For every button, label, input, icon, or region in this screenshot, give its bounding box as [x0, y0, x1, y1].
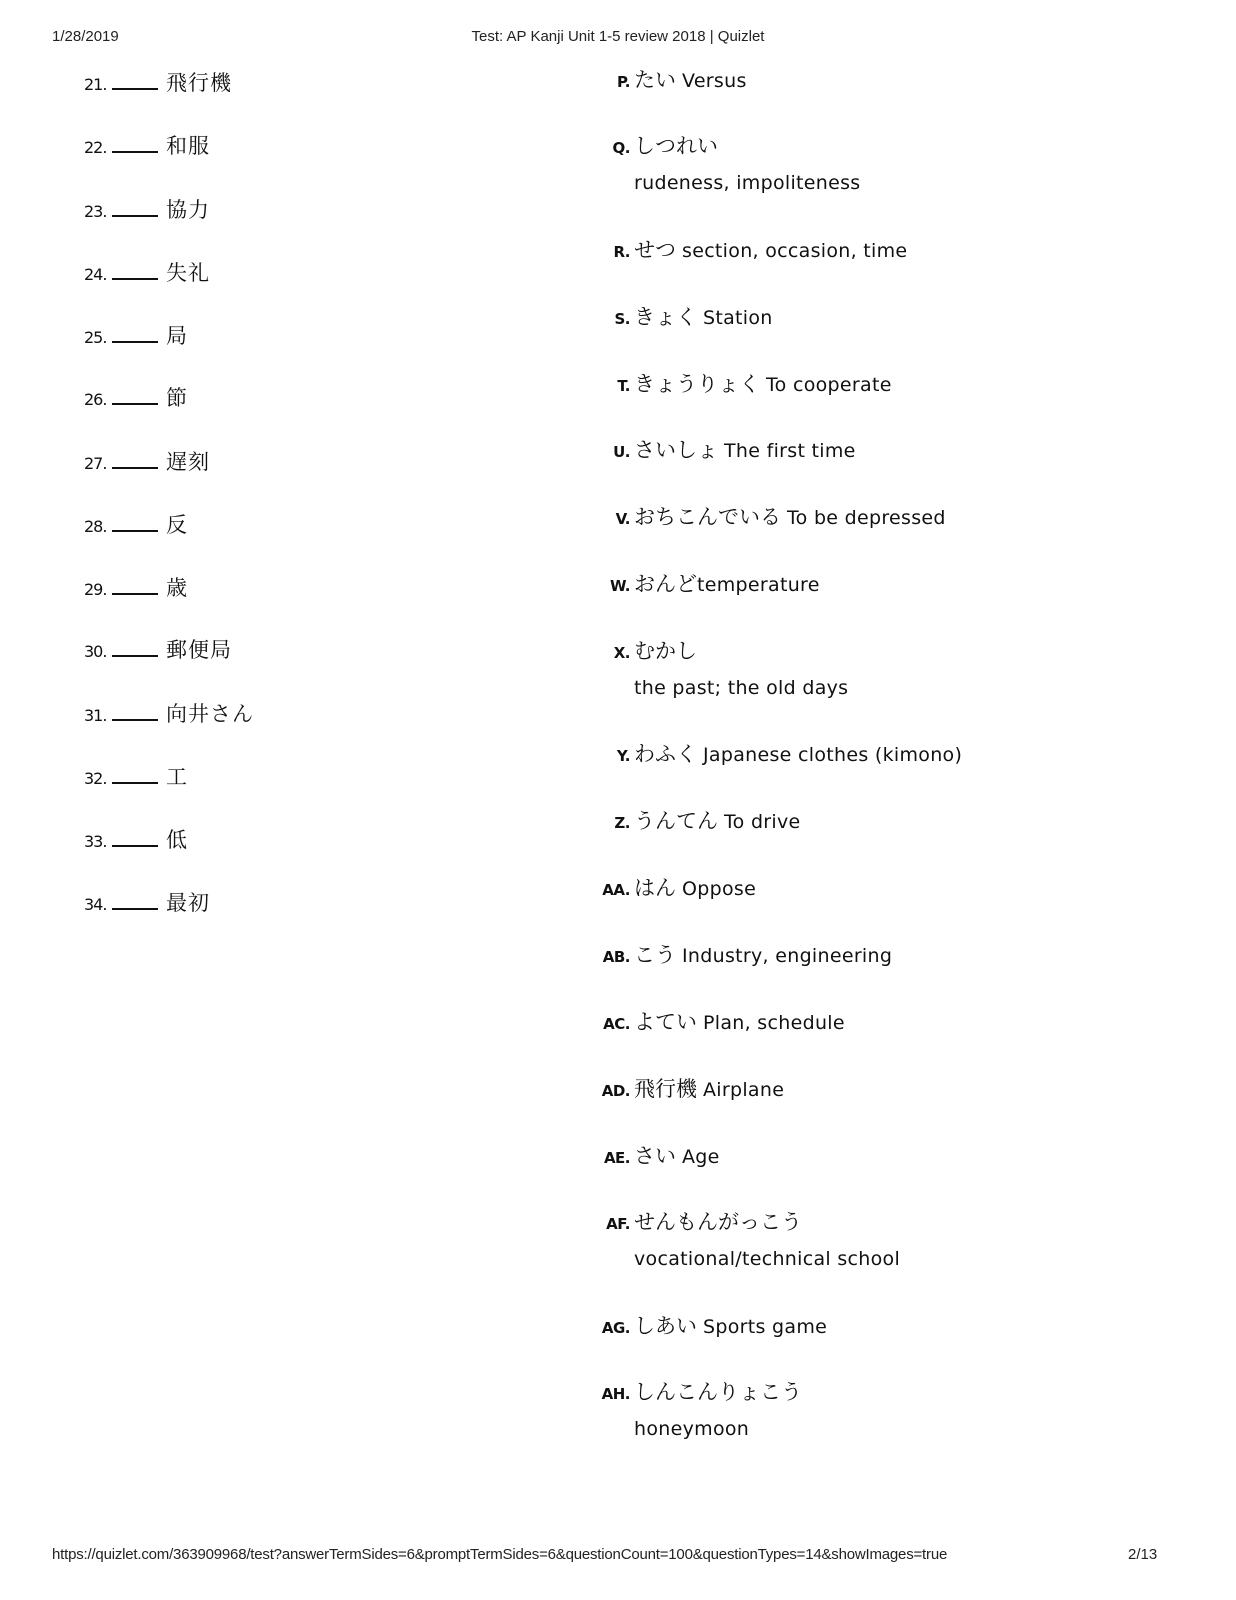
- option-letter: Q.: [600, 139, 630, 157]
- question-item: 31. 向井さん: [84, 698, 254, 728]
- option-reading: おんど: [634, 568, 697, 598]
- option-letter: AD.: [600, 1082, 630, 1100]
- option-item: Q.しつれい rudeness, impoliteness: [600, 130, 1100, 194]
- option-letter: V.: [600, 510, 630, 528]
- option-reading: きょうりょく: [634, 368, 760, 398]
- option-reading: たい: [634, 64, 676, 94]
- option-item: R.せつsection, occasion, time: [600, 234, 1100, 264]
- option-item: Z.うんてんTo drive: [600, 805, 1100, 835]
- question-term: 失礼: [166, 257, 210, 287]
- option-definition: To be depressed: [787, 507, 946, 529]
- option-reading: わふく: [634, 738, 697, 768]
- answer-blank[interactable]: [112, 768, 158, 784]
- option-reading: さいしょ: [634, 434, 718, 464]
- question-number: 27.: [84, 454, 110, 473]
- option-definition: To drive: [724, 811, 801, 833]
- answer-blank[interactable]: [112, 137, 158, 153]
- question-number: 22.: [84, 138, 110, 157]
- question-item: 26. 節: [84, 382, 188, 412]
- option-item: AH.しんこんりょこう honeymoon: [600, 1376, 1100, 1440]
- question-item: 28. 反: [84, 509, 188, 539]
- option-reading: はん: [634, 872, 676, 902]
- question-number: 28.: [84, 517, 110, 536]
- question-term: 最初: [166, 887, 210, 917]
- option-definition: the past; the old days: [634, 677, 1100, 699]
- option-item: P.たいVersus: [600, 64, 1100, 94]
- option-letter: AH.: [600, 1385, 630, 1403]
- option-reading: しつれい: [634, 130, 718, 160]
- question-number: 30.: [84, 642, 110, 661]
- answer-blank[interactable]: [112, 74, 158, 90]
- answer-blank[interactable]: [112, 453, 158, 469]
- option-letter: AB.: [600, 948, 630, 966]
- option-letter: S.: [600, 310, 630, 328]
- option-item: T.きょうりょくTo cooperate: [600, 368, 1100, 398]
- question-term: 向井さん: [166, 698, 254, 728]
- option-definition: Industry, engineering: [682, 945, 892, 967]
- option-definition: vocational/technical school: [634, 1248, 1100, 1270]
- option-letter: R.: [600, 243, 630, 261]
- option-item: Y.わふくJapanese clothes (kimono): [600, 738, 1100, 768]
- option-item: AA.はんOppose: [600, 872, 1100, 902]
- option-letter: U.: [600, 443, 630, 461]
- page-number: 2/13: [1128, 1546, 1157, 1563]
- option-reading: おちこんでいる: [634, 501, 781, 531]
- option-letter: T.: [600, 377, 630, 395]
- option-item: AF.せんもんがっこう vocational/technical school: [600, 1206, 1100, 1270]
- option-reading: うんてん: [634, 805, 718, 835]
- option-definition: Airplane: [703, 1079, 784, 1101]
- answer-blank[interactable]: [112, 264, 158, 280]
- option-item: AE.さいAge: [600, 1140, 1100, 1170]
- question-item: 22. 和服: [84, 130, 210, 160]
- option-reading: こう: [634, 939, 676, 969]
- question-term: 協力: [166, 194, 210, 224]
- option-reading: さい: [634, 1140, 676, 1170]
- answer-blank[interactable]: [112, 389, 158, 405]
- question-item: 33. 低: [84, 824, 188, 854]
- question-term: 郵便局: [166, 634, 232, 664]
- answer-blank[interactable]: [112, 327, 158, 343]
- question-term: 歳: [166, 572, 188, 602]
- option-definition: To cooperate: [766, 374, 892, 396]
- question-number: 33.: [84, 832, 110, 851]
- option-item: AB.こうIndustry, engineering: [600, 939, 1100, 969]
- answer-blank[interactable]: [112, 201, 158, 217]
- question-item: 25. 局: [84, 320, 188, 350]
- option-definition: Sports game: [703, 1316, 827, 1338]
- question-term: 反: [166, 509, 188, 539]
- page-url: https://quizlet.com/363909968/test?answe…: [52, 1546, 947, 1563]
- option-item: W.おんどtemperature: [600, 568, 1100, 598]
- option-reading: むかし: [634, 635, 697, 665]
- option-letter: Z.: [600, 814, 630, 832]
- question-term: 飛行機: [166, 67, 232, 97]
- option-reading: 飛行機: [634, 1073, 697, 1103]
- question-number: 26.: [84, 390, 110, 409]
- option-definition: Oppose: [682, 878, 756, 900]
- question-number: 31.: [84, 706, 110, 725]
- option-letter: AE.: [600, 1149, 630, 1167]
- question-number: 24.: [84, 265, 110, 284]
- option-reading: きょく: [634, 301, 697, 331]
- option-letter: AF.: [600, 1215, 630, 1233]
- question-number: 23.: [84, 202, 110, 221]
- question-number: 29.: [84, 580, 110, 599]
- option-definition: temperature: [697, 574, 820, 596]
- answer-blank[interactable]: [112, 831, 158, 847]
- answer-blank[interactable]: [112, 894, 158, 910]
- question-number: 32.: [84, 769, 110, 788]
- option-letter: P.: [600, 73, 630, 91]
- option-letter: W.: [600, 577, 630, 595]
- option-letter: AG.: [600, 1319, 630, 1337]
- answer-blank[interactable]: [112, 641, 158, 657]
- question-number: 34.: [84, 895, 110, 914]
- option-item: S.きょくStation: [600, 301, 1100, 331]
- option-definition: Versus: [682, 70, 747, 92]
- option-reading: せんもんがっこう: [634, 1206, 802, 1236]
- option-definition: rudeness, impoliteness: [634, 172, 1100, 194]
- option-definition: Station: [703, 307, 773, 329]
- option-letter: AA.: [600, 881, 630, 899]
- question-item: 34. 最初: [84, 887, 210, 917]
- question-term: 工: [166, 761, 188, 791]
- option-item: AD.飛行機Airplane: [600, 1073, 1100, 1103]
- option-definition: honeymoon: [634, 1418, 1100, 1440]
- question-item: 29. 歳: [84, 572, 188, 602]
- question-number: 25.: [84, 328, 110, 347]
- question-item: 30. 郵便局: [84, 634, 232, 664]
- option-definition: section, occasion, time: [682, 240, 907, 262]
- option-item: AG.しあいSports game: [600, 1310, 1100, 1340]
- answer-blank[interactable]: [112, 516, 158, 532]
- question-number: 21.: [84, 75, 110, 94]
- option-definition: The first time: [724, 440, 856, 462]
- option-item: X.むかし the past; the old days: [600, 635, 1100, 699]
- question-item: 27. 遅刻: [84, 446, 210, 476]
- question-item: 24. 失礼: [84, 257, 210, 287]
- answer-blank[interactable]: [112, 579, 158, 595]
- option-definition: Plan, schedule: [703, 1012, 845, 1034]
- option-reading: よてい: [634, 1006, 697, 1036]
- option-letter: Y.: [600, 747, 630, 765]
- option-definition: Age: [682, 1146, 720, 1168]
- question-term: 遅刻: [166, 446, 210, 476]
- question-term: 和服: [166, 130, 210, 160]
- answer-blank[interactable]: [112, 705, 158, 721]
- question-item: 23. 協力: [84, 194, 210, 224]
- option-reading: せつ: [634, 234, 676, 264]
- question-term: 節: [166, 382, 188, 412]
- option-reading: しあい: [634, 1310, 697, 1340]
- option-item: U.さいしょThe first time: [600, 434, 1100, 464]
- question-term: 局: [166, 320, 188, 350]
- option-definition: Japanese clothes (kimono): [703, 744, 962, 766]
- option-reading: しんこんりょこう: [634, 1376, 802, 1406]
- question-item: 32. 工: [84, 761, 188, 791]
- page-title: Test: AP Kanji Unit 1-5 review 2018 | Qu…: [0, 28, 1236, 45]
- question-term: 低: [166, 824, 188, 854]
- option-item: AC.よていPlan, schedule: [600, 1006, 1100, 1036]
- option-letter: AC.: [600, 1015, 630, 1033]
- option-item: V.おちこんでいるTo be depressed: [600, 501, 1100, 531]
- question-item: 21. 飛行機: [84, 67, 232, 97]
- option-letter: X.: [600, 644, 630, 662]
